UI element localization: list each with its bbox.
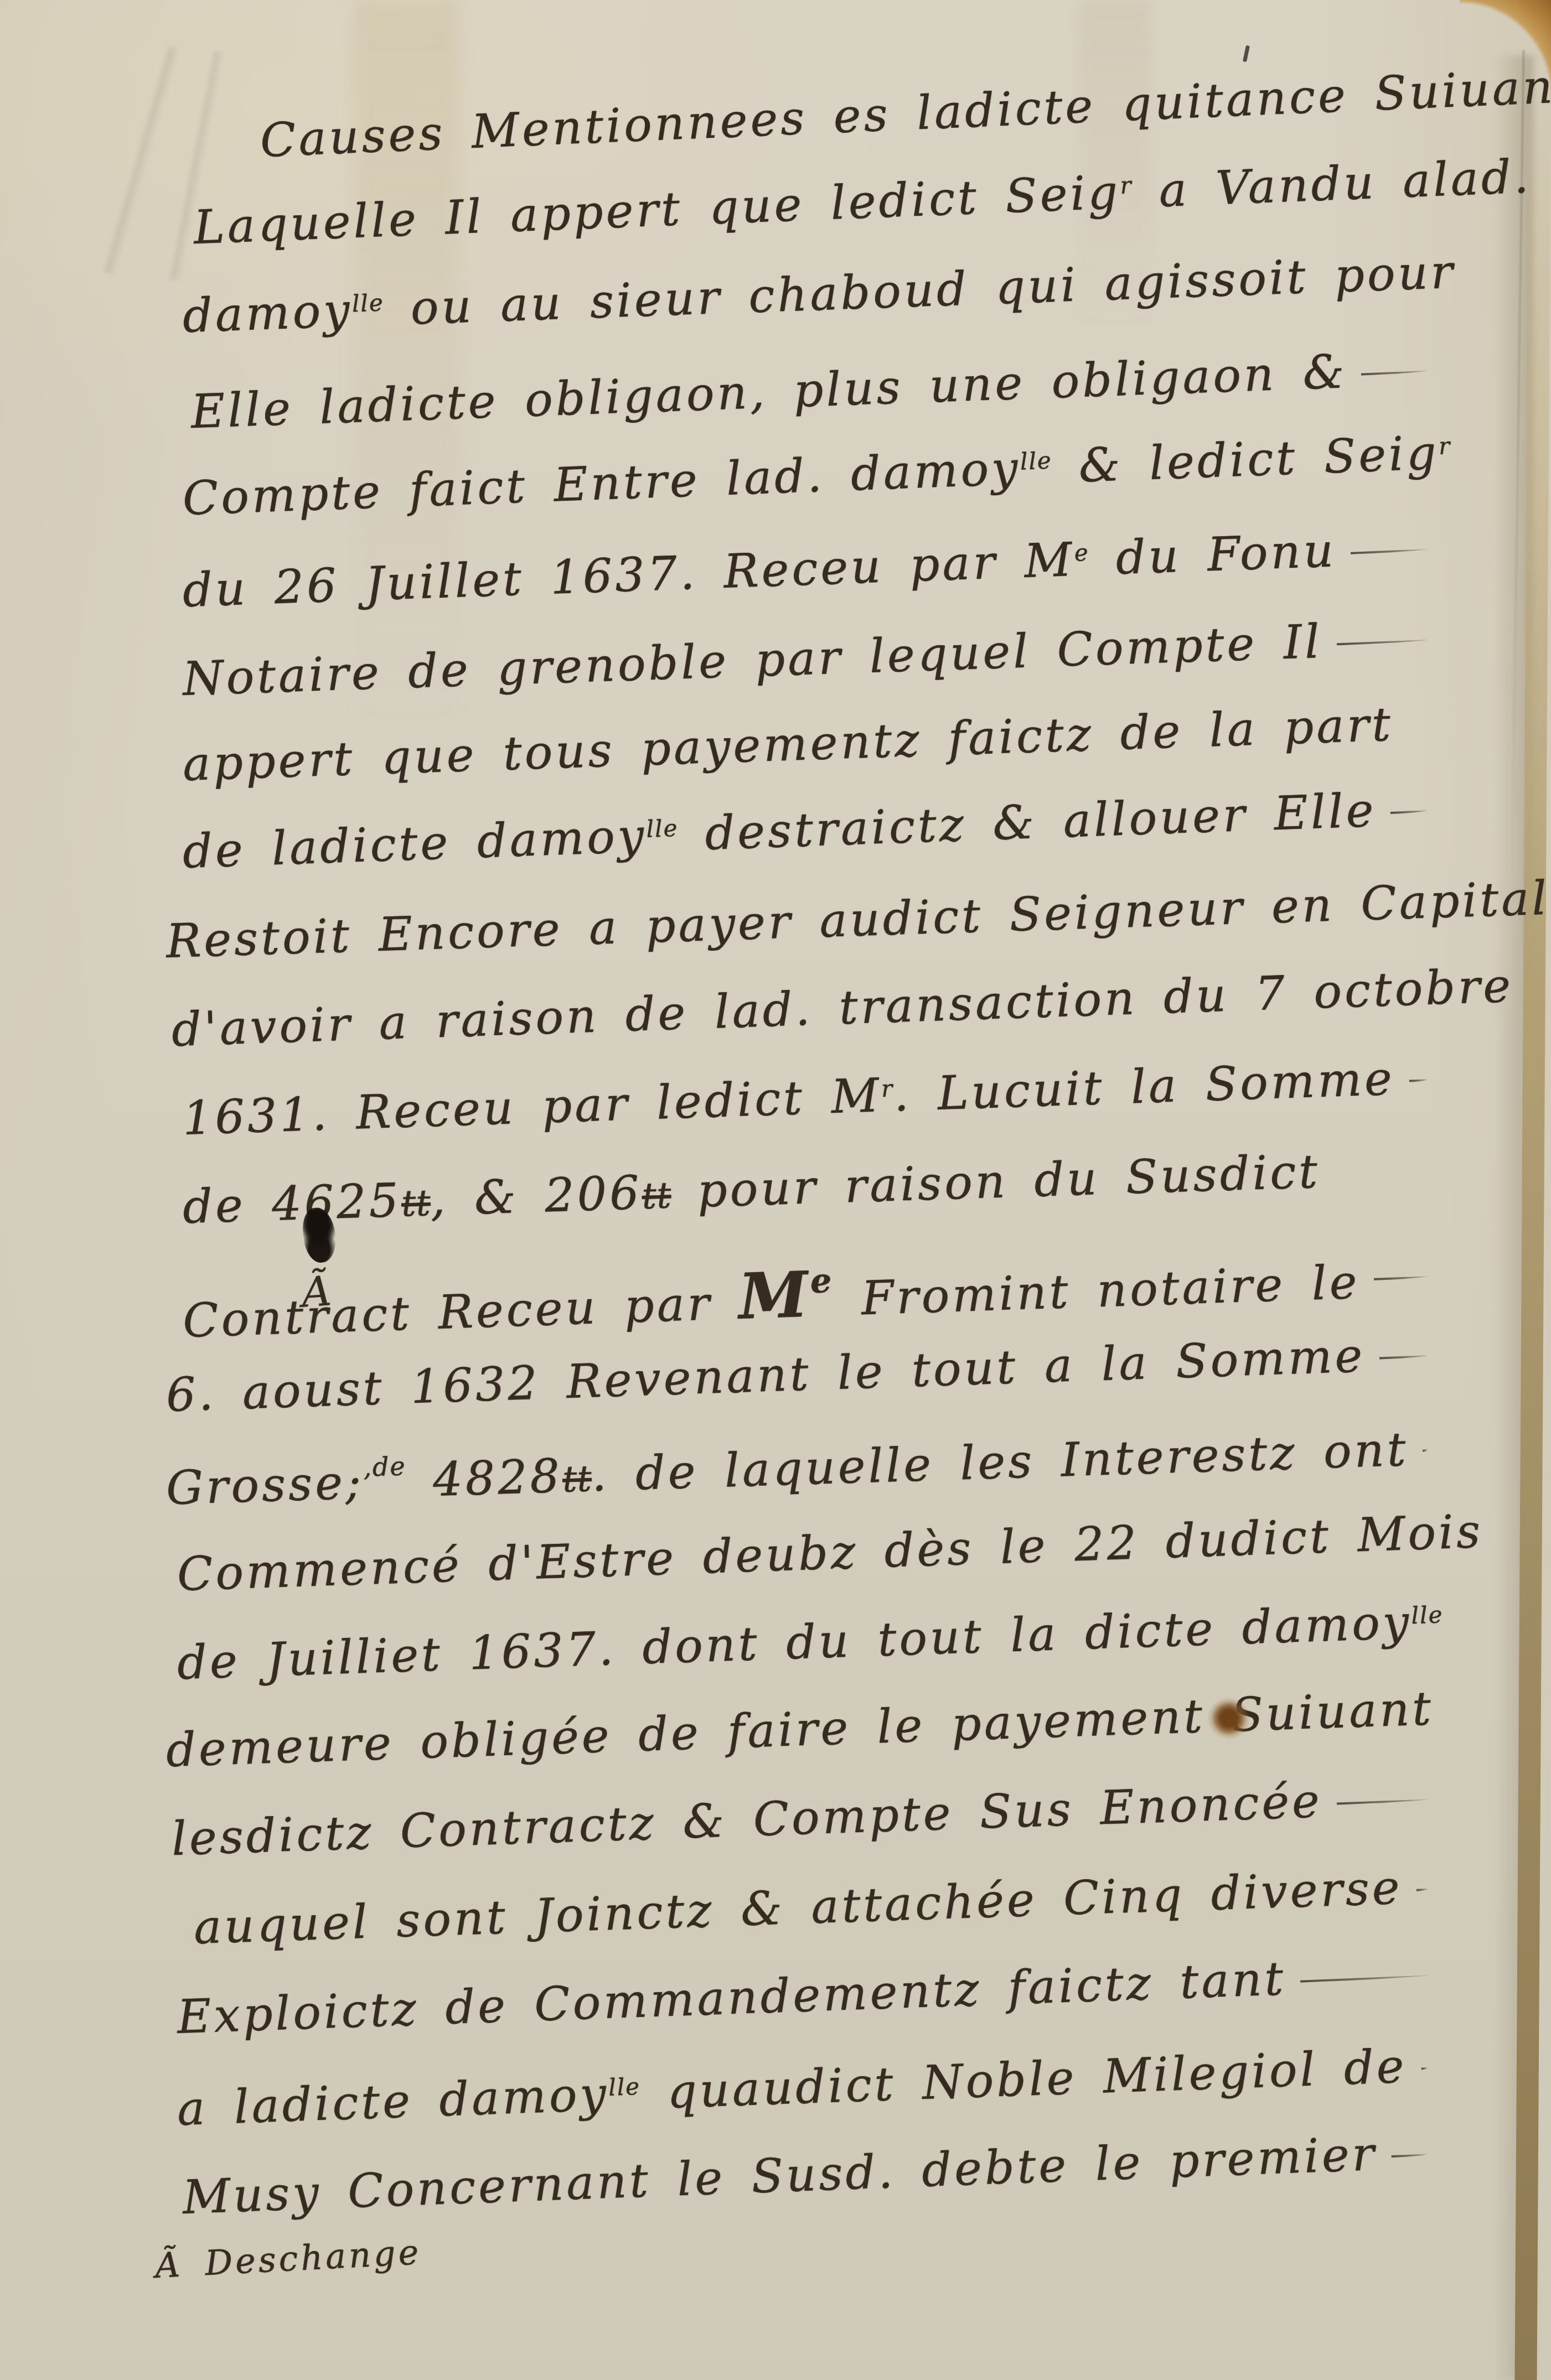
manuscript-line: de 4625tt, & 206tt pour raison du Susdic… — [182, 1144, 1321, 1234]
manuscript-line: lesdictz Contractz & Compte Sus Enoncée — [170, 1769, 1461, 1866]
manuscript-line: damoylle ou au sieur chaboud qui agissoi… — [182, 245, 1456, 343]
line-text: Musy Concernant le Susd. debte le premie… — [182, 2127, 1378, 2225]
manuscript-line: d'avoir a raison de lad. transaction du … — [170, 960, 1461, 1057]
line-text: d'avoir a raison de lad. transaction du … — [170, 958, 1514, 1057]
line-filler-stroke — [1374, 1276, 1428, 1280]
line-text: Grosse;,de 4828tt. de laquelle les Inter… — [165, 1419, 1409, 1515]
line-filler-stroke — [1337, 1799, 1428, 1805]
manuscript-line: Musy Concernant le Susd. debte le premie… — [182, 2123, 1461, 2225]
manuscript-line: demeure obligée de faire le payement Sui… — [165, 1680, 1461, 1777]
line-text: Notaire de grenoble par lequel Compte Il — [182, 614, 1323, 706]
line-filler-stroke — [1300, 1975, 1428, 1983]
line-text: de 4625tt, & 206tt pour raison du Susdic… — [182, 1144, 1321, 1234]
line-text: Elle ladicte obligaon, plus une obligaon… — [190, 344, 1348, 439]
line-filler-stroke — [1409, 1079, 1428, 1082]
manuscript-line: Restoit Encore a payer audict Seigneur e… — [165, 870, 1550, 968]
line-text: 1631. Receu par ledict Mr. Lucuit la Som… — [182, 1051, 1395, 1145]
line-filler-stroke — [1351, 549, 1428, 554]
line-filler-stroke — [1421, 2067, 1428, 2070]
line-text: Ã Deschange — [154, 2232, 422, 2286]
manuscript-line: de Juilliet 1637. dont du tout la dicte … — [176, 1593, 1461, 1690]
manuscript-line: Grosse;,de 4828tt. de laquelle les Inter… — [165, 1418, 1461, 1516]
manuscript-line: Compte faict Entre lad. damoylle & ledic… — [182, 424, 1461, 526]
manuscript-line: Elle ladicte obligaon, plus une obligaon… — [190, 340, 1461, 439]
line-text: auquel sont Joinctz & attachée Cinq dive… — [193, 1860, 1403, 1954]
manuscript-line: Causes Mentionnees es ladicte quitance S… — [259, 58, 1551, 168]
manuscript-line: appert que tous payementz faictz de la p… — [182, 697, 1394, 791]
manuscript-photo: Causes Mentionnees es ladicte quitance S… — [0, 0, 1551, 2380]
line-text: Compte faict Entre lad. damoylle & ledic… — [182, 425, 1452, 526]
manuscript-line: Exploictz de Commandementz faictz tant — [176, 1945, 1461, 2044]
handwritten-text-layer: Causes Mentionnees es ladicte quitance S… — [0, 0, 1551, 2380]
line-text: Restoit Encore a payer audict Seigneur e… — [165, 870, 1550, 968]
line-filler-stroke — [1392, 2154, 1428, 2158]
manuscript-line: Commencé d'Estre deubz dès le 22 dudict … — [176, 1505, 1461, 1601]
line-filler-stroke — [1379, 1355, 1428, 1359]
line-text: Laquelle Il appert que ledict Seigr a Va… — [193, 149, 1532, 255]
line-filler-stroke — [1337, 640, 1428, 645]
line-text: damoylle ou au sieur chaboud qui agissoi… — [182, 245, 1456, 343]
line-filler-stroke — [1416, 1889, 1428, 1891]
manuscript-line: a ladicte damoylle quaudict Noble Milegi… — [176, 2037, 1461, 2136]
line-text: a ladicte damoylle quaudict Noble Milegi… — [176, 2039, 1408, 2136]
line-text: du 26 Juillet 1637. Receu par Me du Fonu — [182, 523, 1337, 618]
line-text: Commencé d'Estre deubz dès le 22 dudict … — [176, 1504, 1483, 1601]
line-text: de ladicte damoylle destraictz & allouer… — [182, 783, 1377, 879]
manuscript-line: de ladicte damoylle destraictz & allouer… — [182, 780, 1461, 879]
manuscript-line: 1631. Receu par ledict Mr. Lucuit la Som… — [182, 1049, 1461, 1145]
insertion-caret: Ã — [300, 1267, 333, 1317]
line-filler-stroke — [1423, 1449, 1428, 1451]
manuscript-line: Notaire de grenoble par lequel Compte Il — [182, 609, 1461, 706]
line-text: appert que tous payementz faictz de la p… — [182, 697, 1394, 791]
line-text: lesdictz Contractz & Compte Sus Enoncée — [170, 1774, 1323, 1866]
manuscript-line: du 26 Juillet 1637. Receu par Me du Fonu — [182, 518, 1461, 618]
line-filler-stroke — [1390, 810, 1428, 814]
manuscript-line: Ã Deschange — [154, 2232, 422, 2286]
line-filler-stroke — [1361, 371, 1428, 376]
manuscript-line: Laquelle Il appert que ledict Seigr a Va… — [193, 152, 1461, 255]
line-text: Causes Mentionnees es ladicte quitance S… — [259, 58, 1551, 168]
line-text: Exploictz de Commandementz faictz tant — [176, 1951, 1286, 2044]
manuscript-line: auquel sont Joinctz & attachée Cinq dive… — [193, 1858, 1461, 1954]
line-text: de Juilliet 1637. dont du tout la dicte … — [176, 1594, 1444, 1690]
